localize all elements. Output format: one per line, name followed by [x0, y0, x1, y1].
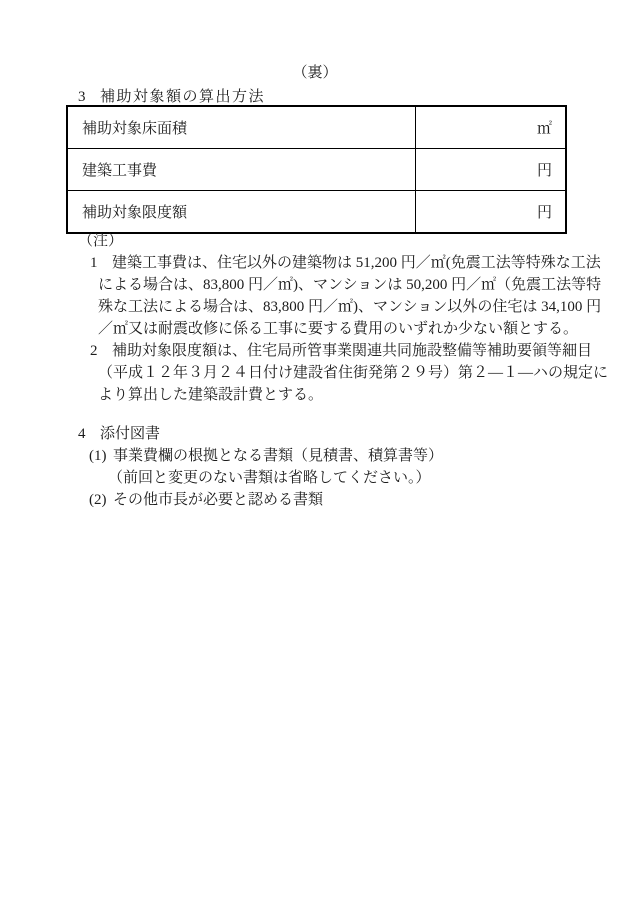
table-row-subsidy-limit: 補助対象限度額 円 [67, 191, 566, 234]
row-label-construction-cost: 建築工事費 [67, 149, 416, 191]
attachment-item-2-number: (2) [89, 489, 113, 511]
section-4-heading: 4添付図書 [0, 423, 630, 445]
note-1-line-2: による場合は、83,800 円／㎡)、マンションは 50,200 円／㎡（免震工… [0, 274, 630, 296]
note-1-line-4: ／㎡又は耐震改修に係る工事に要する費用のいずれか少ない額とする。 [0, 318, 630, 340]
note-1-line-1: 1建築工事費は、住宅以外の建築物は 51,200 円／㎡(免震工法等特殊な工法 [0, 252, 630, 274]
row-unit-subsidy-limit: 円 [537, 205, 552, 221]
row-unit-floor-area: ㎡ [537, 121, 552, 137]
attachment-item-1-text: 事業費欄の根拠となる書類（見積書、積算書等） [113, 448, 443, 464]
notes-label: （注） [0, 230, 630, 252]
attachment-item-1: (1)事業費欄の根拠となる書類（見積書、積算書等） [0, 445, 630, 467]
note-1-text: 建築工事費は、住宅以外の建築物は 51,200 円／㎡(免震工法等特殊な工法 [112, 255, 601, 271]
note-1-number: 1 [90, 252, 112, 274]
note-2-text: 補助対象限度額は、住宅局所管事業関連共同施設整備等補助要領等細目 [112, 343, 592, 359]
note-2-number: 2 [90, 340, 112, 362]
attachment-item-1-note: （前回と変更のない書類は省略してください。） [0, 467, 630, 489]
row-unit-cell-construction-cost: 円 [416, 149, 567, 191]
attachment-item-2-text: その他市長が必要と認める書類 [113, 492, 323, 508]
row-unit-construction-cost: 円 [537, 163, 552, 179]
note-2-line-1: 2補助対象限度額は、住宅局所管事業関連共同施設整備等補助要領等細目 [0, 340, 630, 362]
section-3-number: 3 [78, 89, 100, 106]
section-4-block: 4添付図書 (1)事業費欄の根拠となる書類（見積書、積算書等） （前回と変更のな… [0, 423, 630, 511]
table-row-construction-cost: 建築工事費 円 [67, 149, 566, 191]
notes-block: （注） 1建築工事費は、住宅以外の建築物は 51,200 円／㎡(免震工法等特殊… [0, 230, 630, 406]
calculation-table: 補助対象床面積 ㎡ 建築工事費 円 補助対象限度額 円 [66, 105, 567, 234]
document-page: （裏） 3補助対象額の算出方法 補助対象床面積 ㎡ 建築工事費 円 補助対象限度… [0, 0, 630, 903]
section-3-heading: 3補助対象額の算出方法 [78, 85, 265, 106]
row-unit-cell-subsidy-limit: 円 [416, 191, 567, 234]
page-side-label: （裏） [0, 61, 630, 82]
section-3-title: 補助対象額の算出方法 [100, 89, 265, 105]
row-label-floor-area: 補助対象床面積 [67, 106, 416, 149]
row-unit-cell-floor-area: ㎡ [416, 106, 567, 149]
note-1-line-3: 殊な工法による場合は、83,800 円／㎡)、マンション以外の住宅は 34,10… [0, 296, 630, 318]
section-4-number: 4 [78, 423, 100, 445]
note-2-line-3: より算出した建築設計費とする。 [0, 384, 630, 406]
section-4-title: 添付図書 [100, 426, 160, 442]
attachment-item-2: (2)その他市長が必要と認める書類 [0, 489, 630, 511]
note-2-line-2: （平成１２年３月２４日付け建設省住街発第２９号）第２―１―ハの規定に [0, 362, 630, 384]
attachment-item-1-number: (1) [89, 445, 113, 467]
table-row-floor-area: 補助対象床面積 ㎡ [67, 106, 566, 149]
row-label-subsidy-limit: 補助対象限度額 [67, 191, 416, 234]
